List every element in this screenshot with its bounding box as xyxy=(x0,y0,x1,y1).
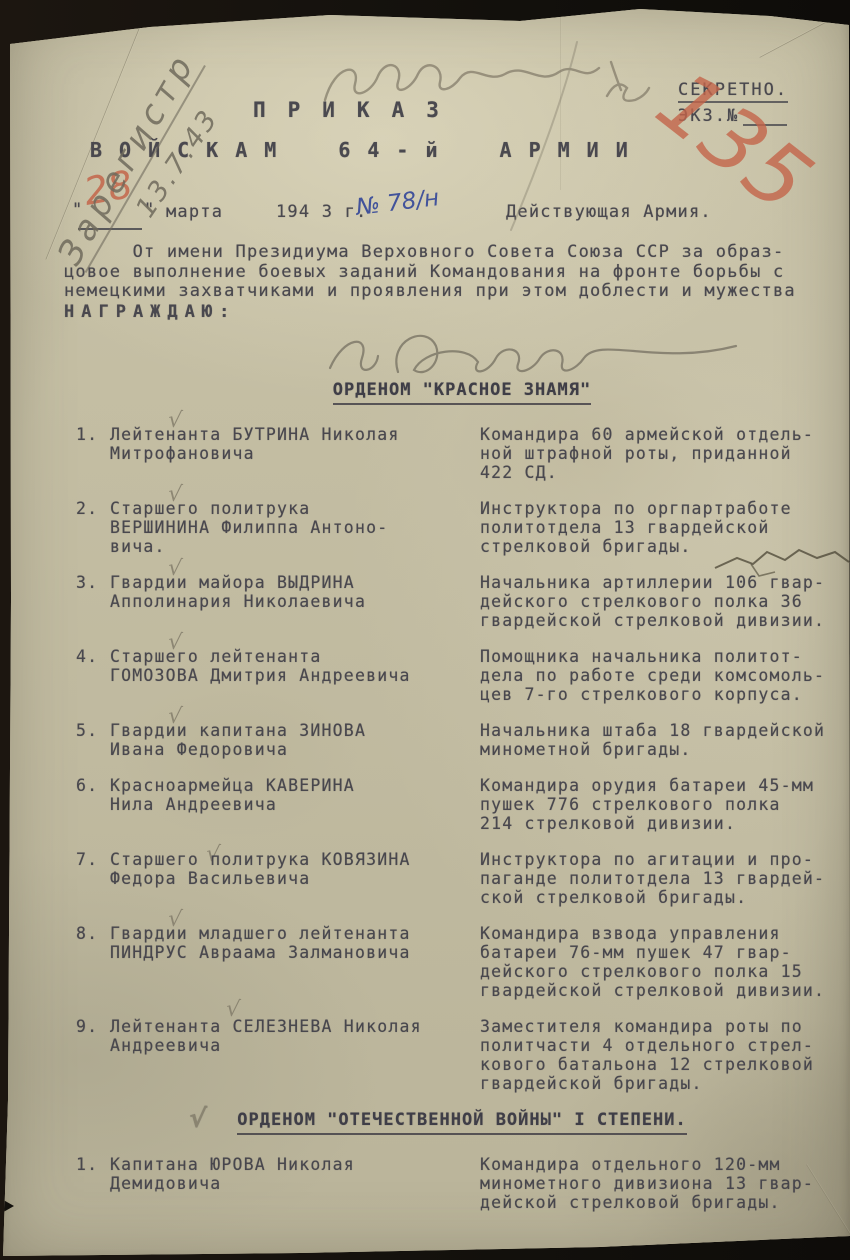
entry-description: Помощника начальника политот- дела по ра… xyxy=(480,647,848,704)
entry-name: Старшего политрука КОВЯЗИНА Федора Васил… xyxy=(110,850,480,907)
award-entry: √ 4. Старшего лейтенанта ГОМОЗОВА Дмитри… xyxy=(76,647,848,704)
award-entry: √ 8. Гвардии младшего лейтенанта ПИНДРУС… xyxy=(76,924,848,1000)
entry-description: Начальника штаба 18 гвардейской минометн… xyxy=(480,721,848,759)
entry-name: Лейтенанта БУТРИНА Николая Митрофановича xyxy=(110,425,480,482)
award-entry: 1. Капитана ЮРОВА Николая Демидовича Ком… xyxy=(76,1155,848,1212)
section-heading-text: ОРДЕНОМ "КРАСНОЕ ЗНАМЯ" xyxy=(333,380,591,400)
award-entry: √ 2. Старшего политрука ВЕРШИНИНА Филипп… xyxy=(76,499,848,556)
entry-description: Инструктора по агитации и про- паганде п… xyxy=(480,850,848,907)
award-declaration: НАГРАЖДАЮ: xyxy=(64,302,236,322)
entry-description: Командира орудия батареи 45-мм пушек 776… xyxy=(480,776,848,833)
entry-description: Начальника артиллерии 106 гвар- дейского… xyxy=(480,573,848,630)
entry-number: 7. xyxy=(76,850,110,907)
entry-name: Лейтенанта СЕЛЕЗНЕВА Николая Андреевича xyxy=(110,1017,480,1093)
preamble: От имени Президиума Верховного Совета Со… xyxy=(64,243,826,302)
entry-name: Гвардии капитана ЗИНОВА Ивана Федоровича xyxy=(110,721,480,759)
section-heading-patriotic-war: √ ОРДЕНОМ "ОТЕЧЕСТВЕННОЙ ВОЙНЫ" I СТЕПЕН… xyxy=(237,1110,686,1135)
entry-number: 9. xyxy=(76,1017,110,1093)
entry-number: 2. xyxy=(76,499,110,556)
award-entry: √ 5. Гвардии капитана ЗИНОВА Ивана Федор… xyxy=(76,721,848,759)
award-entry: √ 7. Старшего политрука КОВЯЗИНА Федора … xyxy=(76,850,848,907)
entry-description: Командира взвода управления батареи 76-м… xyxy=(480,924,848,1000)
entry-number: 1. xyxy=(76,1155,110,1212)
entry-description: Командира 60 армейской отдель- ной штраф… xyxy=(480,425,848,482)
entry-number: 1. xyxy=(76,425,110,482)
pencil-checkmark-icon: √ xyxy=(188,1103,208,1134)
award-entry: √ 1. Лейтенанта БУТРИНА Николая Митрофан… xyxy=(76,425,848,482)
entry-description: Командира отдельного 120-мм минометного … xyxy=(480,1155,848,1212)
entry-description: Заместителя командира роты по политчасти… xyxy=(480,1017,848,1093)
entry-name: Капитана ЮРОВА Николая Демидовича xyxy=(110,1155,480,1212)
award-entry: √ 9. Лейтенанта СЕЛЕЗНЕВА Николая Андрее… xyxy=(76,1017,848,1093)
entry-name: Красноармейца КАВЕРИНА Нила Андреевича xyxy=(110,776,480,833)
section-heading-red-banner: ОРДЕНОМ "КРАСНОЕ ЗНАМЯ" xyxy=(333,380,591,405)
crease-line xyxy=(759,5,850,58)
award-entry: 6. Красноармейца КАВЕРИНА Нила Андреевич… xyxy=(76,776,848,833)
pencil-scribble xyxy=(315,22,715,237)
entry-number: 4. xyxy=(76,647,110,704)
entry-number: 8. xyxy=(76,924,110,1000)
entry-description: Инструктора по оргпартработе политотдела… xyxy=(480,499,848,556)
award-entry: √ 3. Гвардии майора ВЫДРИНА Апполинария … xyxy=(76,573,848,630)
entry-name: Старшего политрука ВЕРШИНИНА Филиппа Ант… xyxy=(110,499,480,556)
entry-number: 5. xyxy=(76,721,110,759)
entry-number: 6. xyxy=(76,776,110,833)
entry-number: 3. xyxy=(76,573,110,630)
entry-name: Старшего лейтенанта ГОМОЗОВА Дмитрия Анд… xyxy=(110,647,480,704)
section-heading-text: ОРДЕНОМ "ОТЕЧЕСТВЕННОЙ ВОЙНЫ" I СТЕПЕНИ. xyxy=(237,1110,686,1130)
date-month: марта xyxy=(166,202,223,222)
paper-tear xyxy=(0,1198,14,1214)
entry-name: Гвардии майора ВЫДРИНА Апполинария Никол… xyxy=(110,573,480,630)
entry-name: Гвардии младшего лейтенанта ПИНДРУС Авра… xyxy=(110,924,480,1000)
document-paper: СЕКРЕТНО. ЭКЗ.№ ПРИКАЗ ВОЙСКАМ 64-й АРМИ… xyxy=(0,0,850,1260)
